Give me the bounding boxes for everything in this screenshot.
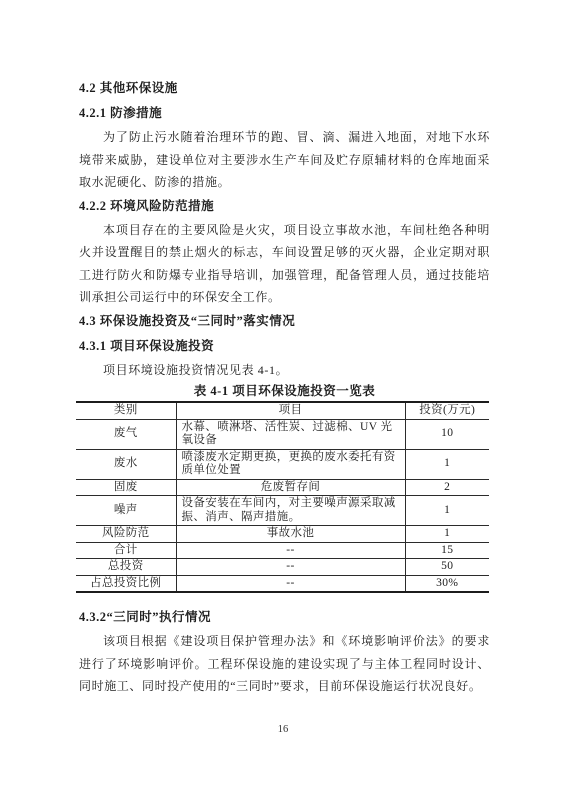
heading-4-3-2-three-simultaneous: 4.3.2“三同时”执行情况 [79,605,490,630]
heading-4-2-2-risk-prevention: 4.2.2 环境风险防范措施 [79,194,490,219]
paragraph-seepage-control: 为了防止污水随着治理环节的跑、冒、滴、漏进入地面，对地下水环境带来威胁，建设单位… [79,126,490,194]
cell-item: -- [176,542,405,559]
cell-item: -- [176,559,405,576]
heading-4-2-other-facilities: 4.2 其他环保设施 [79,76,490,101]
cell-item: 设备安装在车间内，对主要噪声源采取减振、消声、隔声措施。 [176,496,405,526]
cell-item: 喷漆废水定期更换，更换的废水委托有资质单位处置 [176,449,405,479]
cell-category: 总投资 [76,559,176,576]
cell-investment: 15 [405,542,489,559]
cell-category: 噪声 [76,496,176,526]
table-header-category: 类别 [76,402,176,419]
cell-item: 事故水池 [176,526,405,543]
heading-4-3-investment: 4.3 环保设施投资及“三同时”落实情况 [79,309,490,334]
table-row-waste-water: 废水 喷漆废水定期更换，更换的废水委托有资质单位处置 1 [76,449,489,479]
page-number: 16 [0,724,566,735]
table-row-noise: 噪声 设备安装在车间内，对主要噪声源采取减振、消声、隔声措施。 1 [76,496,489,526]
heading-4-2-1-seepage-control: 4.2.1 防渗措施 [79,101,490,126]
cell-category: 废水 [76,449,176,479]
table-row-risk-prevention: 风险防范 事故水池 1 [76,526,489,543]
table-header-row: 类别 项目 投资(万元) [76,402,489,419]
cell-category: 废气 [76,419,176,449]
table-row-waste-gas: 废气 水幕、喷淋塔、活性炭、过滤棉、UV 光氧设备 10 [76,419,489,449]
cell-investment: 10 [405,419,489,449]
paragraph-see-table: 项目环境设施投资情况见表 4-1。 [79,359,490,382]
cell-item: 危废暂存间 [176,479,405,496]
table-header-investment: 投资(万元) [405,402,489,419]
table-row-total-investment: 总投资 -- 50 [76,559,489,576]
cell-investment: 30% [405,575,489,592]
cell-investment: 2 [405,479,489,496]
table-row-solid-waste: 固废 危废暂存间 2 [76,479,489,496]
cell-category: 固废 [76,479,176,496]
cell-item: -- [176,575,405,592]
cell-investment: 50 [405,559,489,576]
heading-4-3-1-project-investment: 4.3.1 项目环保设施投资 [79,334,490,359]
cell-item: 水幕、喷淋塔、活性炭、过滤棉、UV 光氧设备 [176,419,405,449]
paragraph-three-simultaneous: 该项目根据《建设项目保护管理办法》和《环境影响评价法》的要求进行了环境影响评价。… [79,630,490,698]
investment-table: 类别 项目 投资(万元) 废气 水幕、喷淋塔、活性炭、过滤棉、UV 光氧设备 1… [76,401,489,593]
table-header-item: 项目 [176,402,405,419]
cell-category: 占总投资比例 [76,575,176,592]
table-row-percentage: 占总投资比例 -- 30% [76,575,489,592]
cell-category: 风险防范 [76,526,176,543]
cell-investment: 1 [405,496,489,526]
table-row-subtotal: 合计 -- 15 [76,542,489,559]
cell-investment: 1 [405,449,489,479]
cell-investment: 1 [405,526,489,543]
document-page: 4.2 其他环保设施 4.2.1 防渗措施 为了防止污水随着治理环节的跑、冒、滴… [0,0,566,800]
cell-category: 合计 [76,542,176,559]
table-caption: 表 4-1 项目环保设施投资一览表 [79,381,490,401]
paragraph-risk-prevention: 本项目存在的主要风险是火灾，项目设立事故水池，车间杜绝各种明火并设置醒目的禁止烟… [79,219,490,309]
